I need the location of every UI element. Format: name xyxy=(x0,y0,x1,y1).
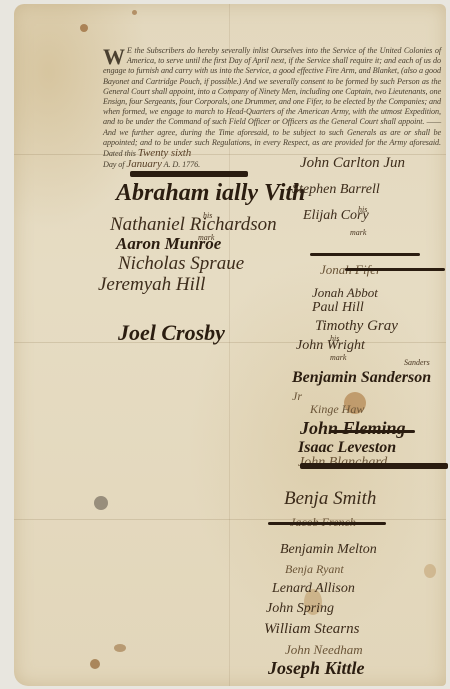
signature: Benja Ryant xyxy=(285,562,344,577)
dated-day: Twenty sixth xyxy=(138,147,191,159)
signature: Benjamin Sanderson xyxy=(292,369,431,387)
enlistment-text: WE the Subscribers do hereby severally i… xyxy=(103,46,441,170)
drop-cap: W xyxy=(103,47,125,66)
stain xyxy=(94,496,108,510)
fold-line xyxy=(14,342,446,343)
signature: Jeremyah Hill xyxy=(98,274,205,296)
stain xyxy=(114,644,126,652)
fold-line xyxy=(14,519,446,520)
signature: Abraham ially Vith xyxy=(116,180,305,207)
day-of-label: Day of xyxy=(103,160,124,169)
stain xyxy=(80,24,88,32)
signature: John Spring xyxy=(266,601,334,617)
signature: Timothy Gray xyxy=(315,318,398,335)
signature: John Carlton Jun xyxy=(300,155,405,172)
stain xyxy=(132,10,137,15)
strikethrough xyxy=(130,171,248,177)
signature: Benjamin Melton xyxy=(280,542,377,558)
dated-month: January xyxy=(126,158,161,170)
signature: Aaron Munroe xyxy=(116,234,221,254)
signature: Nathaniel Richardson xyxy=(110,214,277,236)
signature: Joseph Kittle xyxy=(268,658,365,679)
signature: John Wright xyxy=(296,338,365,354)
enlistment-body: E the Subscribers do hereby severally in… xyxy=(103,46,441,158)
strikethrough xyxy=(268,522,386,525)
stain xyxy=(90,659,100,669)
signature: Kinge Haw xyxy=(310,402,364,417)
signature: John Fleming xyxy=(300,418,406,439)
signature: Nicholas Spraue xyxy=(118,253,244,275)
signature: Jr xyxy=(292,389,302,404)
strikethrough xyxy=(310,253,420,256)
ad-label: A. D. 1776. xyxy=(164,160,200,169)
signature: Paul Hill xyxy=(312,300,364,316)
signature: Benja Smith xyxy=(284,488,376,510)
signature: Joel Crosby xyxy=(118,320,225,346)
strikethrough xyxy=(300,463,448,469)
annotation: Sanders xyxy=(404,358,430,367)
strikethrough xyxy=(330,430,415,433)
strikethrough xyxy=(345,268,445,271)
signature: John Needham xyxy=(285,642,363,658)
signature: Jonah Abbot xyxy=(312,285,378,301)
mark-label: mark xyxy=(330,353,346,362)
signature: Elijah Cory xyxy=(303,208,369,224)
signature: Stephen Barrell xyxy=(292,182,380,198)
signature: William Stearns xyxy=(264,621,359,638)
mark-label: mark xyxy=(350,228,366,237)
stain xyxy=(424,564,436,578)
signature: Lenard Allison xyxy=(272,581,355,597)
